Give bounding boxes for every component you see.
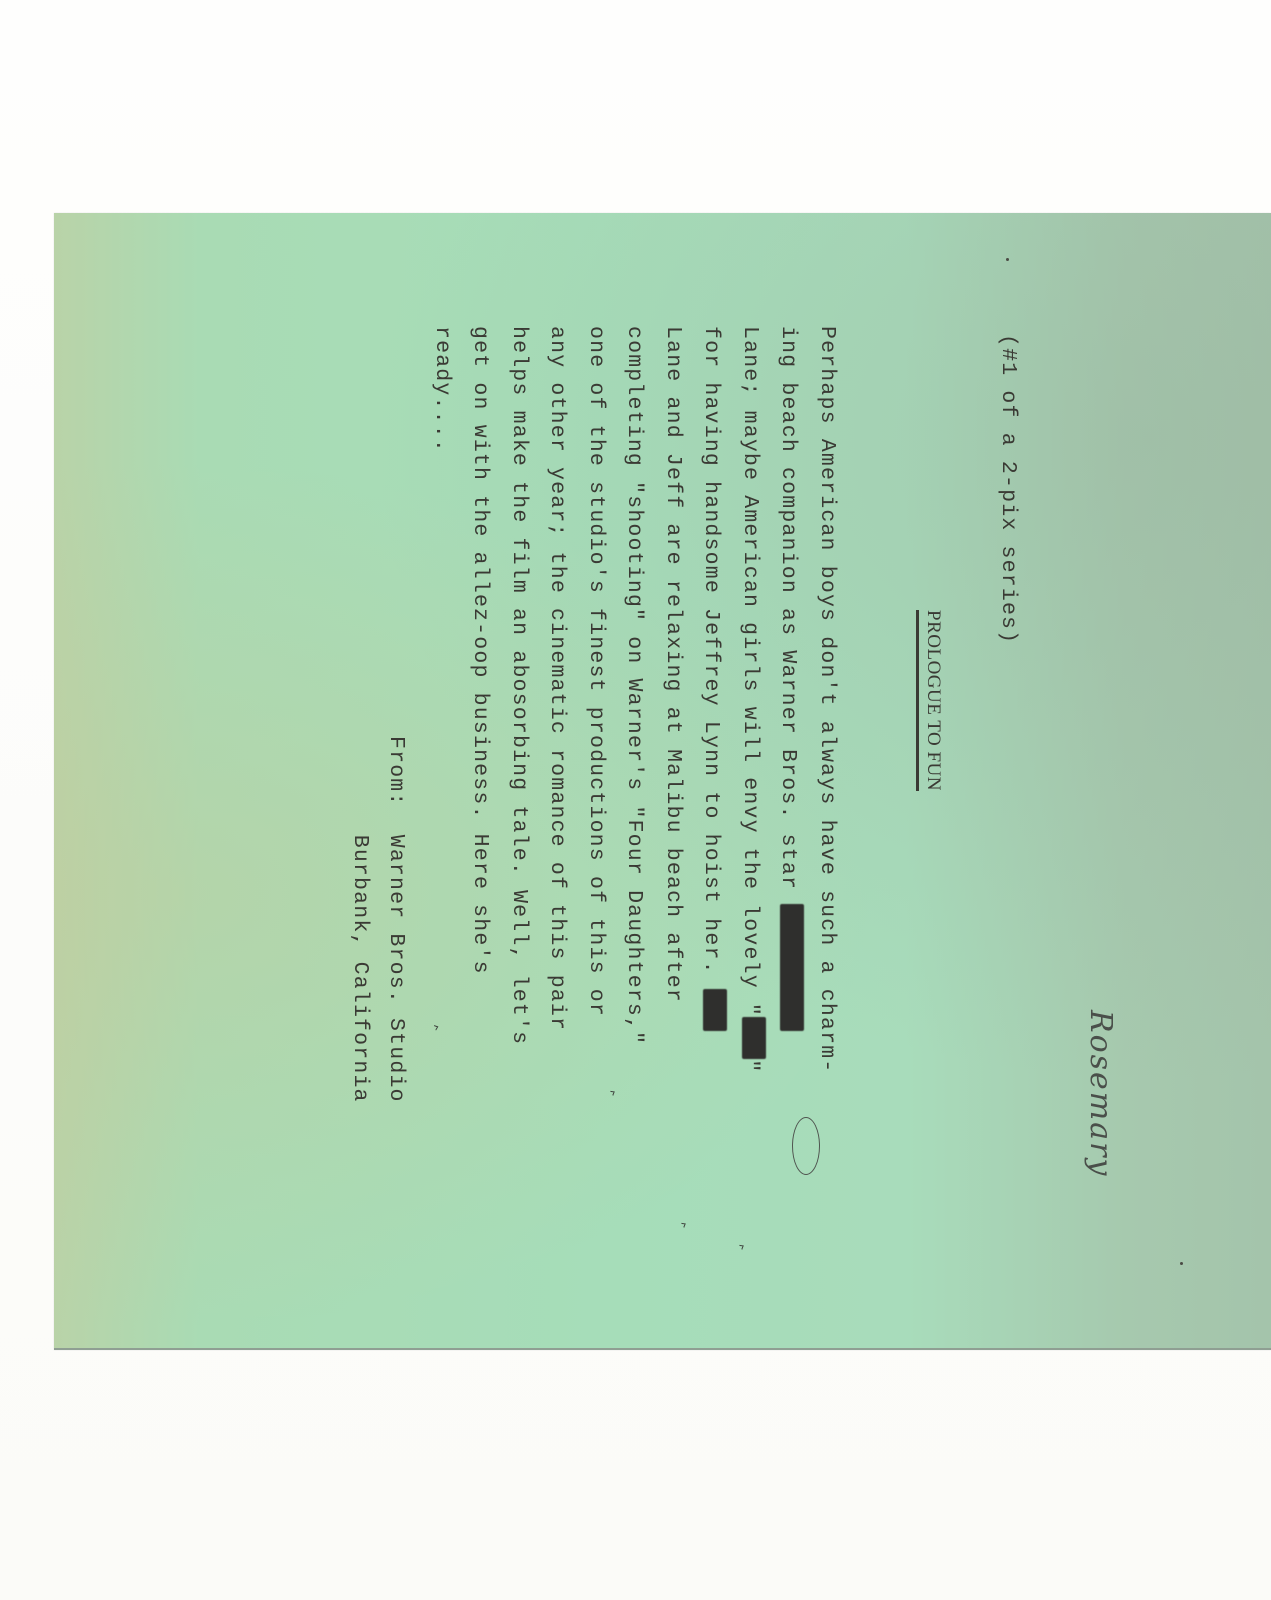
handwritten-name-annotation: Rosemary	[1083, 1010, 1118, 1177]
caption-line: completing "shooting" on Warner's "Four …	[615, 326, 654, 1073]
caption-line: any other year; the cinematic romance of…	[538, 326, 577, 1073]
ink-speck	[1006, 258, 1009, 261]
caption-line-text: one of the studio's finest productions o…	[584, 326, 608, 1017]
caption-line: for having handsome Jeffrey Lynn to hois…	[692, 326, 731, 1073]
caption-line-text: Lane; maybe American girls will envy the…	[738, 326, 762, 1017]
caption-line: Perhaps American boys don't always have …	[808, 326, 847, 1073]
signature-line-2: Burbank, California	[342, 736, 378, 1103]
caption-line-text: ready....	[430, 326, 454, 453]
caption-line: one of the studio's finest productions o…	[577, 326, 616, 1073]
signature-block: From: Warner Bros. Studio Burbank, Calif…	[342, 736, 414, 1103]
struck-out-word: Pat	[703, 989, 727, 1031]
caption-line: ing beach companion as Warner Bros. star…	[769, 326, 808, 1073]
caption-line-text: for having handsome Jeffrey Lynn to hois…	[700, 326, 724, 989]
caption-line-text: helps make the film an abosorbing tale. …	[507, 326, 531, 1045]
typed-caption: (#1 of a 2-pix series) PROLOGUE TO FUN P…	[270, 312, 1030, 1272]
struck-out-word: Priscilla	[780, 904, 804, 1031]
handwriting-loop-stroke	[792, 1117, 820, 1175]
caption-line: get on with the allez-oop business. Here…	[461, 326, 500, 1073]
caption-line-text: Perhaps American boys don't always have …	[815, 326, 839, 1073]
caption-line-text: completing "shooting" on Warner's "Four …	[623, 326, 647, 1045]
caption-line-text: Lane and Jeff are relaxing at Malibu bea…	[661, 326, 685, 1003]
caption-line: Lane and Jeff are relaxing at Malibu bea…	[654, 326, 693, 1073]
caption-line: helps make the film an abosorbing tale. …	[500, 326, 539, 1073]
struck-out-word: Pat	[742, 1017, 766, 1059]
ink-speck	[1180, 1262, 1183, 1265]
signature-line-1: From: Warner Bros. Studio	[378, 736, 414, 1103]
series-note: (#1 of a 2-pix series)	[996, 334, 1020, 644]
caption-body: Perhaps American boys don't always have …	[423, 326, 847, 1073]
document-title: PROLOGUE TO FUN	[916, 610, 944, 791]
caption-line: Lane; maybe American girls will envy the…	[731, 326, 770, 1073]
caption-line-text: ing beach companion as Warner Bros. star	[777, 326, 801, 904]
caption-line: ready....	[423, 326, 462, 1073]
caption-line-text: any other year; the cinematic romance of…	[546, 326, 570, 1031]
caption-line-text: get on with the allez-oop business. Here…	[469, 326, 493, 975]
closing-quote: "	[738, 1059, 762, 1073]
